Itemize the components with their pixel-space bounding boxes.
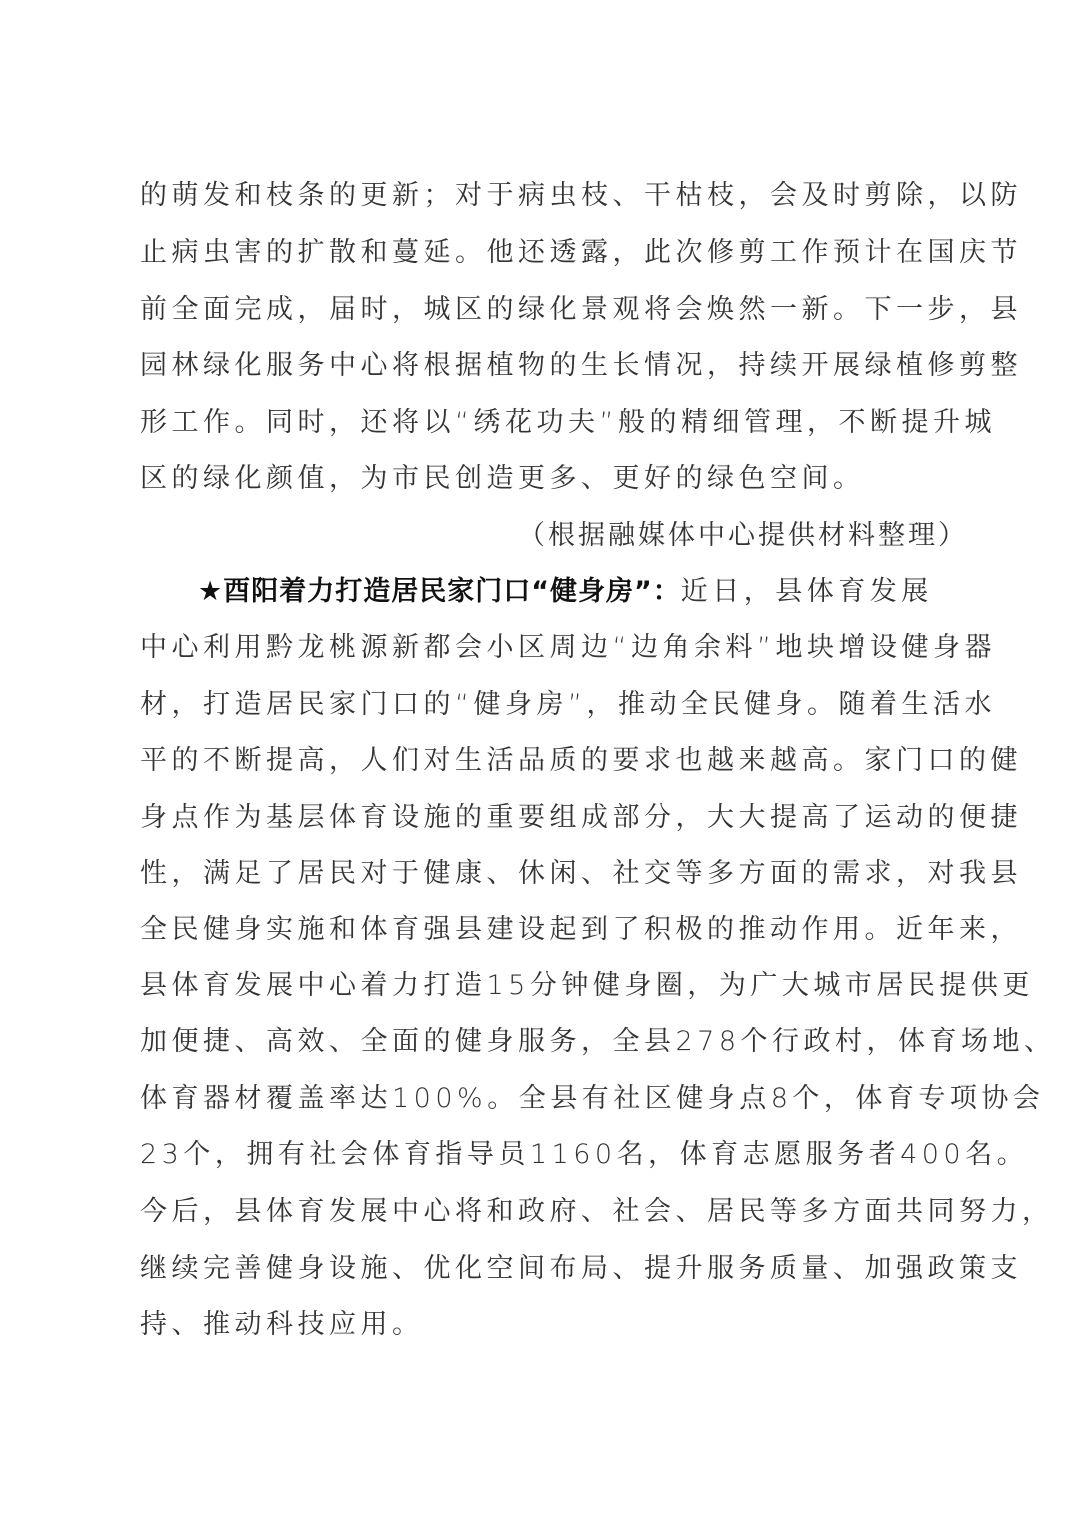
- heading-line-rest: 近日，县体育发展: [681, 576, 933, 607]
- section-heading: ★酉阳着力打造居民家门口“健身房”：: [198, 576, 681, 607]
- paragraph-line: 形工作。同时，还将以“绣花功夫”般的精细管理，不断提升城: [140, 405, 960, 441]
- paragraph-line: 继续完善健身设施、优化空间布局、提升服务质量、加强政策支: [140, 1251, 960, 1287]
- paragraph-line: 身点作为基层体育设施的重要组成部分，大大提高了运动的便捷: [140, 800, 960, 836]
- paragraph-line: 的萌发和枝条的更新；对于病虫枝、干枯枝，会及时剪除，以防: [140, 178, 960, 214]
- paragraph-line: 性，满足了居民对于健康、休闲、社交等多方面的需求，对我县: [140, 856, 960, 892]
- paragraph-line: 持、推动科技应用。: [140, 1307, 960, 1343]
- paragraph-line: 止病虫害的扩散和蔓延。他还透露，此次修剪工作预计在国庆节: [140, 235, 960, 271]
- paragraph-line: 全民健身实施和体育强县建设起到了积极的推动作用。近年来，: [140, 912, 960, 948]
- paragraph-line: 23个，拥有社会体育指导员1160名，体育志愿服务者400名。: [140, 1137, 960, 1173]
- paragraph-line: 加便捷、高效、全面的健身服务，全县278个行政村，体育场地、: [140, 1024, 960, 1060]
- document-page: 的萌发和枝条的更新；对于病虫枝、干枯枝，会及时剪除，以防 止病虫害的扩散和蔓延。…: [0, 0, 1074, 1520]
- paragraph-line: 体育器材覆盖率达100%。全县有社区健身点8个，体育专项协会: [140, 1081, 960, 1117]
- paragraph-line: 县体育发展中心着力打造15分钟健身圈，为广大城市居民提供更: [140, 968, 960, 1004]
- section-heading-line: ★酉阳着力打造居民家门口“健身房”：近日，县体育发展: [198, 574, 1018, 610]
- paragraph-line: 平的不断提高，人们对生活品质的要求也越来越高。家门口的健: [140, 743, 960, 779]
- paragraph-line: 区的绿化颜值，为市民创造更多、更好的绿色空间。: [140, 461, 960, 497]
- paragraph-line: 前全面完成，届时，城区的绿化景观将会焕然一新。下一步，县: [140, 292, 960, 328]
- paragraph-line: 园林绿化服务中心将根据植物的生长情况，持续开展绿植修剪整: [140, 348, 960, 384]
- paragraph-line: 今后，县体育发展中心将和政府、社会、居民等多方面共同努力，: [140, 1194, 960, 1230]
- source-note: （根据融媒体中心提供材料整理）: [518, 518, 968, 554]
- paragraph-line: 材，打造居民家门口的“健身房”，推动全民健身。随着生活水: [140, 687, 960, 723]
- paragraph-line: 中心利用黔龙桃源新都会小区周边“边角余料”地块增设健身器: [140, 630, 960, 666]
